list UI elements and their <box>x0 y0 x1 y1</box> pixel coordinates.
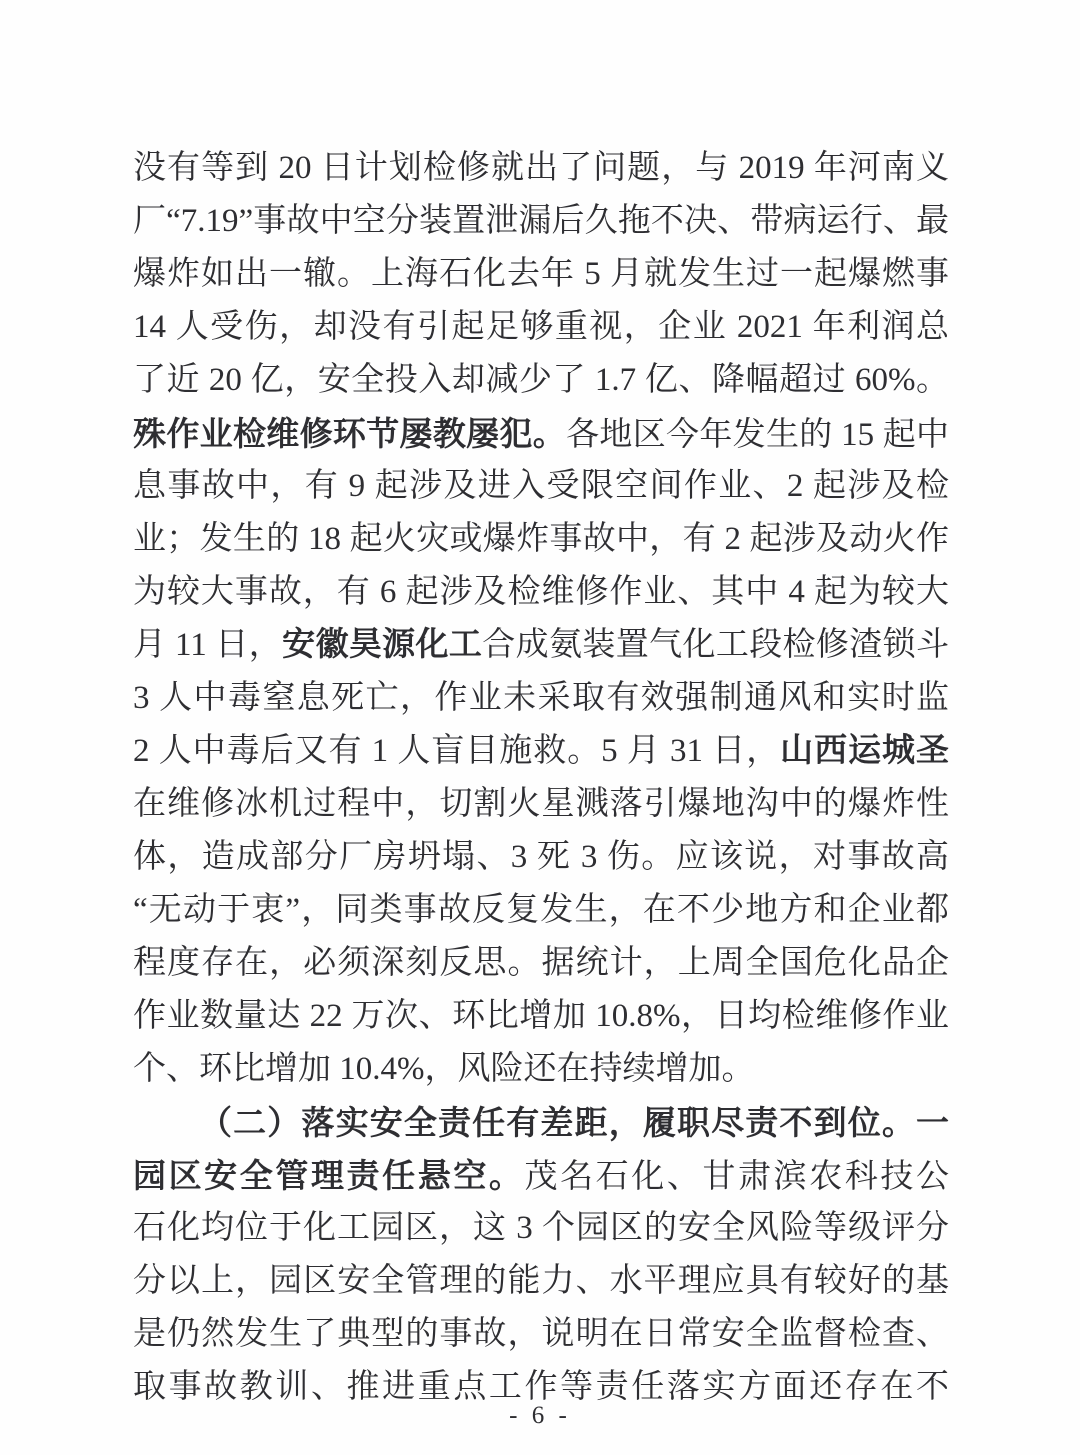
text-segment: 个、环比增加 10.4%，风险还在持续增加。 <box>133 1051 755 1087</box>
text-line: 息事故中，有 9 起涉及进入受限空间作业、2 起涉及检维修作 <box>133 460 949 513</box>
text-segment: 在维修冰机过程中，切割火星溅落引爆地沟中的爆炸性混合气 <box>133 786 949 831</box>
text-line: 程度存在，必须深刻反思。据统计，上周全国危化品企业特殊 <box>133 937 949 990</box>
text-line: 分以上，园区安全管理的能力、水平理应具有较好的基础，但 <box>133 1255 949 1308</box>
document-page: 没有等到 20 日计划检修就出了问题，与 2019 年河南义马气化厂“7.19”… <box>0 0 1080 1455</box>
text-line: 作业数量达 22 万次、环比增加 10.8%，日均检维修作业数 6600 <box>133 990 949 1043</box>
text-segment: 2 人中毒后又有 1 人盲目施救。5 月 31 日， <box>133 733 780 769</box>
text-segment: 是仍然发生了典型的事故，说明在日常安全监督检查、督促吸 <box>133 1316 949 1361</box>
text-line: 在维修冰机过程中，切割火星溅落引爆地沟中的爆炸性混合气 <box>133 778 949 831</box>
text-line: 殊作业检维修环节屡教屡犯。各地区今年发生的 15 起中毒和窒 <box>133 407 949 460</box>
text-segment: 分以上，园区安全管理的能力、水平理应具有较好的基础，但 <box>133 1263 949 1308</box>
text-segment: 为较大事故，有 6 起涉及检维修作业、其中 4 起为较大事故。5 <box>133 574 949 619</box>
text-segment: 体，造成部分厂房坍塌、3 死 3 伤。应该说，对事故高发环节 <box>133 839 949 884</box>
text-segment: 业；发生的 18 起火灾或爆炸事故中，有 2 起涉及动火作业、均 <box>133 521 949 566</box>
text-segment: “无动于衷”，同类事故反复发生，在不少地方和企业都不同 <box>133 892 949 937</box>
text-line: 了近 20 亿，安全投入却减少了 1.7 亿、降幅超过 60%。三是特 <box>133 354 949 407</box>
text-segment-emphasis: 殊作业检维修环节屡教屡犯。 <box>133 415 566 452</box>
text-line: 园区安全管理责任悬空。茂名石化、甘肃滨农科技公司、上海 <box>133 1149 949 1202</box>
text-line: （二）落实安全责任有差距，履职尽责不到位。一是化工 <box>133 1096 949 1149</box>
text-segment-emphasis: （二）落实安全责任有差距，履职尽责不到位。 <box>199 1106 916 1142</box>
text-segment: 14 人受伤，却没有引起足够重视，企业 2021 年利润总额增加 <box>133 309 949 354</box>
text-segment: 月 11 日， <box>133 627 282 663</box>
text-segment: 作业数量达 22 万次、环比增加 10.8%，日均检维修作业数 6600 <box>133 998 949 1043</box>
text-line: 为较大事故，有 6 起涉及检维修作业、其中 4 起为较大事故。5 <box>133 566 949 619</box>
text-line: 3 人中毒窒息死亡，作业未采取有效强制通风和实时监测措施， <box>133 672 949 725</box>
text-line: 石化均位于化工园区，这 3 个园区的安全风险等级评分都在 80 <box>133 1202 949 1255</box>
text-segment: 了近 20 亿，安全投入却减少了 1.7 亿、降幅超过 60%。 <box>133 362 949 398</box>
text-line: 14 人受伤，却没有引起足够重视，企业 2021 年利润总额增加 <box>133 301 949 354</box>
text-segment: 3 人中毒窒息死亡，作业未采取有效强制通风和实时监测措施， <box>133 680 949 725</box>
text-line: 2 人中毒后又有 1 人盲目施救。5 月 31 日，山西运城圣奥化工 <box>133 725 949 778</box>
text-segment: 息事故中，有 9 起涉及进入受限空间作业、2 起涉及检维修作 <box>133 468 949 513</box>
text-segment: 没有等到 20 日计划检修就出了问题，与 2019 年河南义马气化 <box>133 150 949 195</box>
text-line: 月 11 日，安徽昊源化工合成氨装置气化工段检修渣锁斗过程中 <box>133 619 949 672</box>
text-segment-emphasis: 安徽昊源化工 <box>282 627 482 663</box>
text-segment: 石化均位于化工园区，这 3 个园区的安全风险等级评分都在 80 <box>133 1210 949 1255</box>
text-line: 体，造成部分厂房坍塌、3 死 3 伤。应该说，对事故高发环节 <box>133 831 949 884</box>
text-segment-emphasis: 园区安全管理责任悬空。 <box>133 1157 525 1194</box>
page-number: - 6 - <box>0 1402 1080 1430</box>
text-segment: 程度存在，必须深刻反思。据统计，上周全国危化品企业特殊 <box>133 945 949 990</box>
text-line: 爆炸如出一辙。上海石化去年 5 月就发生过一起爆燃事故造成 <box>133 248 949 301</box>
text-line: 业；发生的 18 起火灾或爆炸事故中，有 2 起涉及动火作业、均 <box>133 513 949 566</box>
text-line: 是仍然发生了典型的事故，说明在日常安全监督检查、督促吸 <box>133 1308 949 1361</box>
text-line: 个、环比增加 10.4%，风险还在持续增加。 <box>133 1043 949 1096</box>
text-line: “无动于衷”，同类事故反复发生，在不少地方和企业都不同 <box>133 884 949 937</box>
text-block: 没有等到 20 日计划检修就出了问题，与 2019 年河南义马气化厂“7.19”… <box>133 142 949 1414</box>
text-line: 没有等到 20 日计划检修就出了问题，与 2019 年河南义马气化 <box>133 142 949 195</box>
text-segment: 厂“7.19”事故中空分装置泄漏后久拖不决、带病运行、最终 <box>133 203 949 248</box>
text-line: 厂“7.19”事故中空分装置泄漏后久拖不决、带病运行、最终 <box>133 195 949 248</box>
text-segment: 爆炸如出一辙。上海石化去年 5 月就发生过一起爆燃事故造成 <box>133 256 949 301</box>
